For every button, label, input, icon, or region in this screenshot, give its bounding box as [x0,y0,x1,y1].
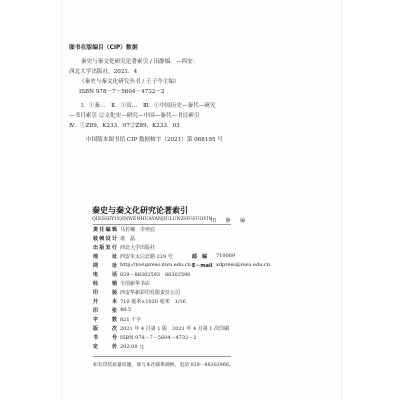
detail-value: 西北大学出版社 [120,244,155,251]
detail-label: 定 价 [93,343,117,350]
divider-bottom [93,356,231,357]
detail-value: 全国新华书店 [120,280,150,287]
detail-value: 292.00 元 [120,343,144,350]
detail-label: 版 次 [93,325,117,332]
detail-label: 网 址 [93,262,117,269]
detail-label: 字 数 [93,316,117,323]
detail-value: 710 毫米×1020 毫米 1/16 [120,298,186,305]
detail-value: 2021 年 4 月第 1 版 2021 年 4 月第 1 次印刷 [120,325,229,332]
detail-label: 出版发行 [93,244,117,251]
detail-label: 责任编辑 [93,226,117,233]
detail-value-postcode: 710069 [216,253,235,259]
detail-label: 印 张 [93,307,117,314]
cip-line: 秦史与秦文化研究论著索引 / 田静编．—西安： [81,60,198,66]
detail-label: 印 装 [93,289,117,296]
detail-label: 地 址 [93,253,117,260]
quality-notice: 如有印装质量问题，请与本社联系调换，电话 029－88302966。 [93,361,234,368]
cip-heading: 图书在版编目（CIP）数据 [69,46,138,52]
detail-label: 开 本 [93,298,117,305]
detail-label: 装帧设计 [93,235,117,242]
detail-label: 书 号 [93,334,117,341]
detail-label: 经 销 [93,280,117,287]
detail-value: 西安华新彩印有限责任公司 [120,289,180,296]
detail-value-email: xdpress@nwu.edu.cn [216,262,270,268]
cip-line: Ⅰ．①秦… Ⅱ．①田… Ⅲ．①中国历史—秦代—研究 [81,104,215,110]
detail-value: 马若楠 李奕辰 [120,226,155,233]
detail-value: 029－88302593 88302590 [120,271,190,278]
detail-value: ISBN 978－7－5604－4732－2 [120,334,196,341]
detail-label-email: E－mail [192,262,212,269]
cip-number: 中国版本图书馆 CIP 数据核字（2021）第 068195 号 [86,138,223,144]
detail-value: 48.5 [120,307,131,313]
detail-value: 821 千字 [120,316,141,323]
book-title: 秦史与秦文化研究论著索引 [92,205,188,216]
divider-top [93,224,231,225]
cip-line: —书目索引 ②文化史—研究—中国—秦代—书目索引 [69,114,199,120]
cip-line: （秦史与秦文化研究丛书 / 王子今主编） [79,80,180,86]
book-title-pinyin: QINSHIYUQINWENHUAYANJIULUNZHUSUOYIN [92,217,212,222]
detail-value: 西安市太白北路 229 号 [120,253,173,260]
detail-value-website: http://nwupress.nwu.edu.cn [120,262,191,268]
detail-label-postcode: 邮 编 [192,253,207,260]
detail-value: 诸 晶 [120,235,135,242]
detail-label: 电 话 [93,271,117,278]
book-author: 田 静 编 [211,217,249,224]
cip-line: ISBN 978－7－5604－4732－2 [79,90,164,96]
cip-line: 西北大学出版社，2021．4 [69,70,137,76]
cip-line: Ⅳ．①Z89，K233．07②Z89，K233．03 [69,124,180,130]
